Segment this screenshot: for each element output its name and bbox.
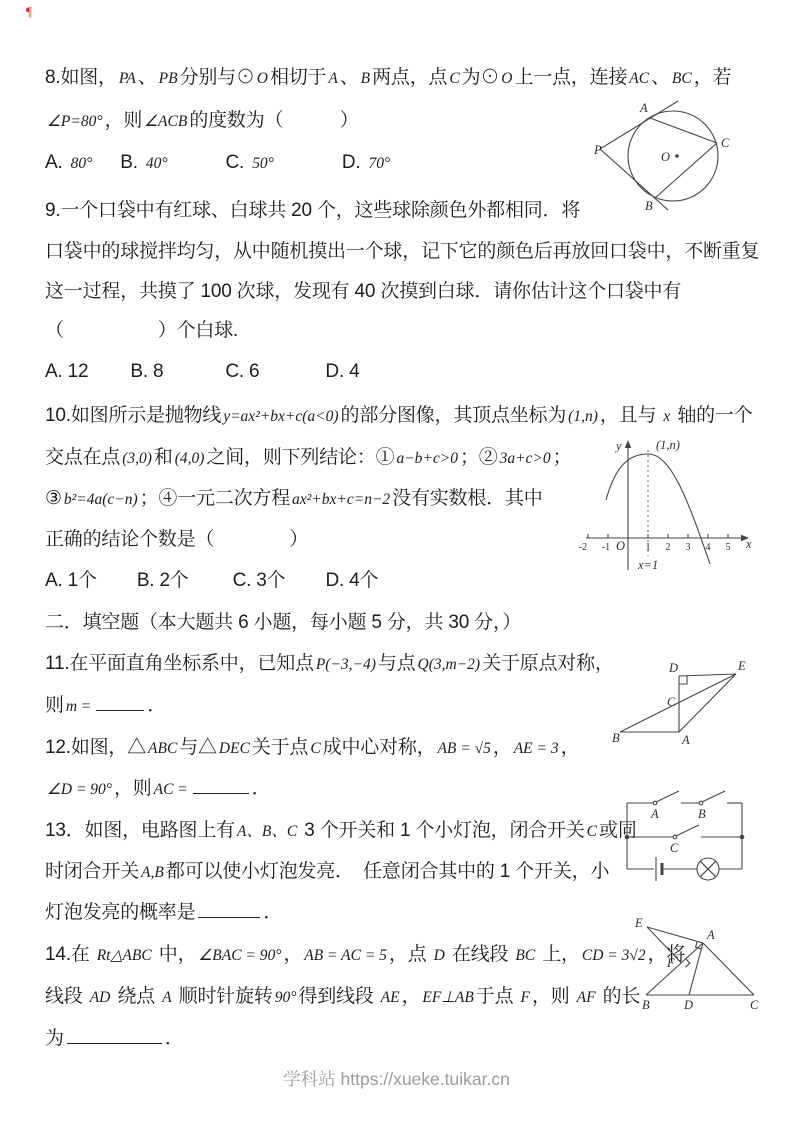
label-C: C bbox=[750, 998, 759, 1012]
problem-14-line-2: 线段 AD 绕点 A 顺时针旋转90°得到线段 AE，EF⊥AB于点 F，则 A… bbox=[45, 982, 640, 1012]
problem-11-line-2: 则m =． bbox=[45, 691, 166, 721]
label-switch-A: A bbox=[650, 807, 659, 821]
problem-10-line-3: ③b²=4a(c−n)；④一元二次方程ax²+bx+c=n−2没有实数根．其中 bbox=[45, 484, 543, 514]
problem-13-line-1: 13．如图，电路图上有A、B、C 3 个开关和 1 个小灯泡，闭合开关C或同 bbox=[45, 816, 637, 846]
tick-3: 3 bbox=[686, 542, 691, 553]
tick--2: -2 bbox=[579, 542, 587, 553]
label-F: F bbox=[666, 956, 675, 970]
origin-label: O bbox=[616, 539, 625, 553]
vertex-label: (1,n) bbox=[656, 438, 680, 452]
problem-9-choices: A. 12B. 8C. 6D. 4 bbox=[45, 357, 359, 387]
label-A: A bbox=[706, 928, 715, 942]
tick-1: 1 bbox=[646, 542, 651, 553]
label-E: E bbox=[634, 916, 643, 930]
tick--1: -1 bbox=[602, 542, 610, 553]
label-D: D bbox=[668, 661, 678, 675]
problem-8-line-1: 8.如图，PA、PB分别与⊙O相切于A、B两点，点C为⊙O上一点，连接AC、BC… bbox=[45, 63, 731, 93]
label-P: P bbox=[593, 143, 602, 157]
tick-5: 5 bbox=[726, 542, 731, 553]
problem-14-line-1: 14.在 Rt△ABC 中，∠BAC = 90°，AB = AC = 5，点 D… bbox=[45, 940, 685, 970]
label-B: B bbox=[645, 199, 653, 212]
problem-8-line-2: ∠P=80°，则∠ACB的度数为（ ） bbox=[45, 106, 359, 136]
label-E: E bbox=[737, 659, 746, 673]
footer-watermark: 学科站 https://xueke.tuikar.cn bbox=[0, 1066, 793, 1091]
exam-page: ¶ 8.如图，PA、PB分别与⊙O相切于A、B两点，点C为⊙O上一点，连接AC、… bbox=[0, 0, 793, 1122]
label-switch-B: B bbox=[698, 807, 706, 821]
label-B: B bbox=[642, 998, 650, 1012]
problem-9-line-2: 口袋中的球搅拌均匀，从中随机摸出一个球，记下它的颜色后再放回口袋中，不断重复 bbox=[45, 237, 759, 267]
label-O: O bbox=[661, 150, 670, 164]
axis-of-symmetry-label: x=1 bbox=[637, 558, 658, 572]
problem-9-line-3: 这一过程，共摸了 100 次球，发现有 40 次摸到白球．请你估计这个口袋中有 bbox=[45, 277, 681, 307]
x-axis-label: x bbox=[745, 537, 752, 551]
label-D: D bbox=[683, 998, 693, 1012]
label-A: A bbox=[681, 733, 690, 747]
figure-circle-tangents: P A B C O bbox=[593, 97, 748, 212]
problem-10-choices: A. 1个B. 2个C. 3个D. 4个 bbox=[45, 566, 378, 596]
problem-12-line-2: ∠D = 90°，则AC =． bbox=[45, 774, 271, 804]
problem-8-choices: A.80°B.40°C.50°D.70° bbox=[45, 148, 392, 178]
label-switch-C: C bbox=[670, 841, 679, 855]
tick-4: 4 bbox=[706, 542, 711, 553]
problem-12-line-1: 12.如图，△ABC与△DEC关于点C成中心对称，AB = √5，AE = 3， bbox=[45, 733, 579, 763]
problem-13-line-3: 灯泡发亮的概率是． bbox=[45, 898, 282, 928]
label-B: B bbox=[612, 731, 620, 745]
figure-parabola: -2 -1 1 2 3 4 5 y x O (1,n) x=1 bbox=[578, 438, 790, 578]
problem-11-line-1: 11.在平面直角坐标系中，已知点P(−3,−4)与点Q(3,m−2)关于原点对称… bbox=[45, 649, 614, 679]
problem-9-line-1: 9.一个口袋中有红球、白球共 20 个，这些球除颜色外都相同．将 bbox=[45, 196, 580, 226]
figure-rotation-triangle: E A F B D C bbox=[623, 913, 778, 1015]
problem-9-line-4: （ ）个白球. bbox=[45, 316, 238, 346]
label-A: A bbox=[639, 101, 648, 115]
label-C: C bbox=[721, 136, 730, 150]
tick-2: 2 bbox=[666, 542, 671, 553]
section-2-header: 二．填空题（本大题共 6 小题，每小题 5 分，共 30 分，） bbox=[45, 608, 521, 638]
problem-14-line-3: 为． bbox=[45, 1024, 184, 1054]
figure-central-symmetry: D E C B A bbox=[612, 652, 752, 748]
corner-mark: ¶ bbox=[26, 4, 32, 20]
y-axis-label: y bbox=[614, 439, 622, 453]
problem-10-line-2: 交点在点(3,0)和(4,0)之间，则下列结论：①a−b+c>0；②3a+c>0… bbox=[45, 443, 571, 473]
problem-10-line-1: 10.如图所示是抛物线y=ax²+bx+c(a<0)的部分图像，其顶点坐标为(1… bbox=[45, 401, 753, 431]
problem-13-line-2: 时闭合开关A,B都可以使小灯泡发亮． 任意闭合其中的 1 个开关，小 bbox=[45, 857, 609, 887]
label-C: C bbox=[667, 695, 676, 709]
problem-10-line-4: 正确的结论个数是（ ） bbox=[45, 525, 308, 555]
